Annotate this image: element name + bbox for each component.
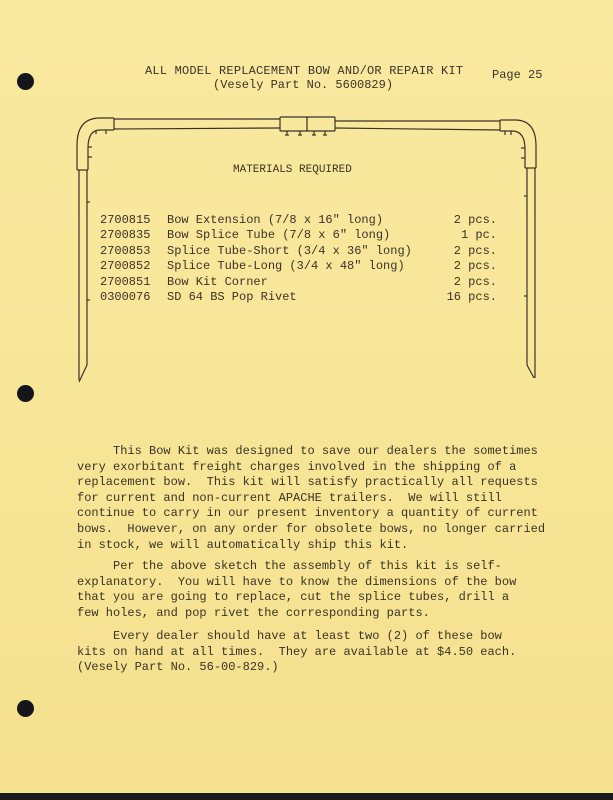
punch-hole-icon [17, 385, 34, 402]
text-line: kits on hand at all times. They are avai… [77, 645, 577, 661]
paragraph-pricing: Every dealer should have at least two (2… [77, 629, 577, 676]
part-number: 2700815 [100, 213, 167, 228]
document-subtitle: (Vesely Part No. 5600829) [213, 78, 393, 92]
paragraph-assembly: Per the above sketch the assembly of thi… [77, 559, 577, 621]
part-quantity: 2 pcs. [437, 275, 497, 290]
part-description: Splice Tube-Short (3/4 x 36" long) [167, 244, 437, 259]
material-row: 2700835Bow Splice Tube (7/8 x 6" long)1 … [100, 228, 497, 243]
text-line: few holes, and pop rivet the correspondi… [77, 606, 577, 622]
text-line: in stock, we will automatically ship thi… [77, 538, 577, 554]
paragraph-intro: This Bow Kit was designed to save our de… [77, 444, 577, 553]
text-line: Every dealer should have at least two (2… [77, 629, 577, 645]
part-description: Bow Extension (7/8 x 16" long) [167, 213, 437, 228]
page-number: Page 25 [492, 68, 542, 82]
text-line: bows. However, on any order for obsolete… [77, 522, 577, 538]
part-quantity: 2 pcs. [437, 244, 497, 259]
part-description: Bow Splice Tube (7/8 x 6" long) [167, 228, 437, 243]
text-line: continue to carry in our present invento… [77, 506, 577, 522]
material-row: 2700815Bow Extension (7/8 x 16" long)2 p… [100, 213, 497, 228]
material-row: 2700851Bow Kit Corner2 pcs. [100, 275, 497, 290]
part-quantity: 16 pcs. [437, 290, 497, 305]
part-number: 2700853 [100, 244, 167, 259]
part-number: 2700851 [100, 275, 167, 290]
part-description: SD 64 BS Pop Rivet [167, 290, 437, 305]
document-title: ALL MODEL REPLACEMENT BOW AND/OR REPAIR … [145, 64, 463, 78]
text-line: This Bow Kit was designed to save our de… [77, 444, 577, 460]
part-number: 0300076 [100, 290, 167, 305]
materials-list: 2700815Bow Extension (7/8 x 16" long)2 p… [100, 213, 497, 305]
materials-heading: MATERIALS REQUIRED [233, 164, 352, 176]
part-quantity: 1 pc. [437, 228, 497, 243]
text-line: replacement bow. This kit will satisfy p… [77, 475, 577, 491]
text-line: that you are going to replace, cut the s… [77, 590, 577, 606]
scan-bottom-edge [0, 793, 613, 800]
material-row: 2700852Splice Tube-Long (3/4 x 48" long)… [100, 259, 497, 274]
part-number: 2700835 [100, 228, 167, 243]
material-row: 0300076SD 64 BS Pop Rivet16 pcs. [100, 290, 497, 305]
punch-hole-icon [17, 700, 34, 717]
part-number: 2700852 [100, 259, 167, 274]
material-row: 2700853Splice Tube-Short (3/4 x 36" long… [100, 244, 497, 259]
text-line: Per the above sketch the assembly of thi… [77, 559, 577, 575]
part-quantity: 2 pcs. [437, 259, 497, 274]
part-description: Splice Tube-Long (3/4 x 48" long) [167, 259, 437, 274]
text-line: for current and non-current APACHE trail… [77, 491, 577, 507]
text-line: explanatory. You will have to know the d… [77, 575, 577, 591]
punch-hole-icon [17, 73, 34, 90]
text-line: very exorbitant freight charges involved… [77, 460, 577, 476]
text-line: (Vesely Part No. 56-00-829.) [77, 660, 577, 676]
part-description: Bow Kit Corner [167, 275, 437, 290]
part-quantity: 2 pcs. [437, 213, 497, 228]
